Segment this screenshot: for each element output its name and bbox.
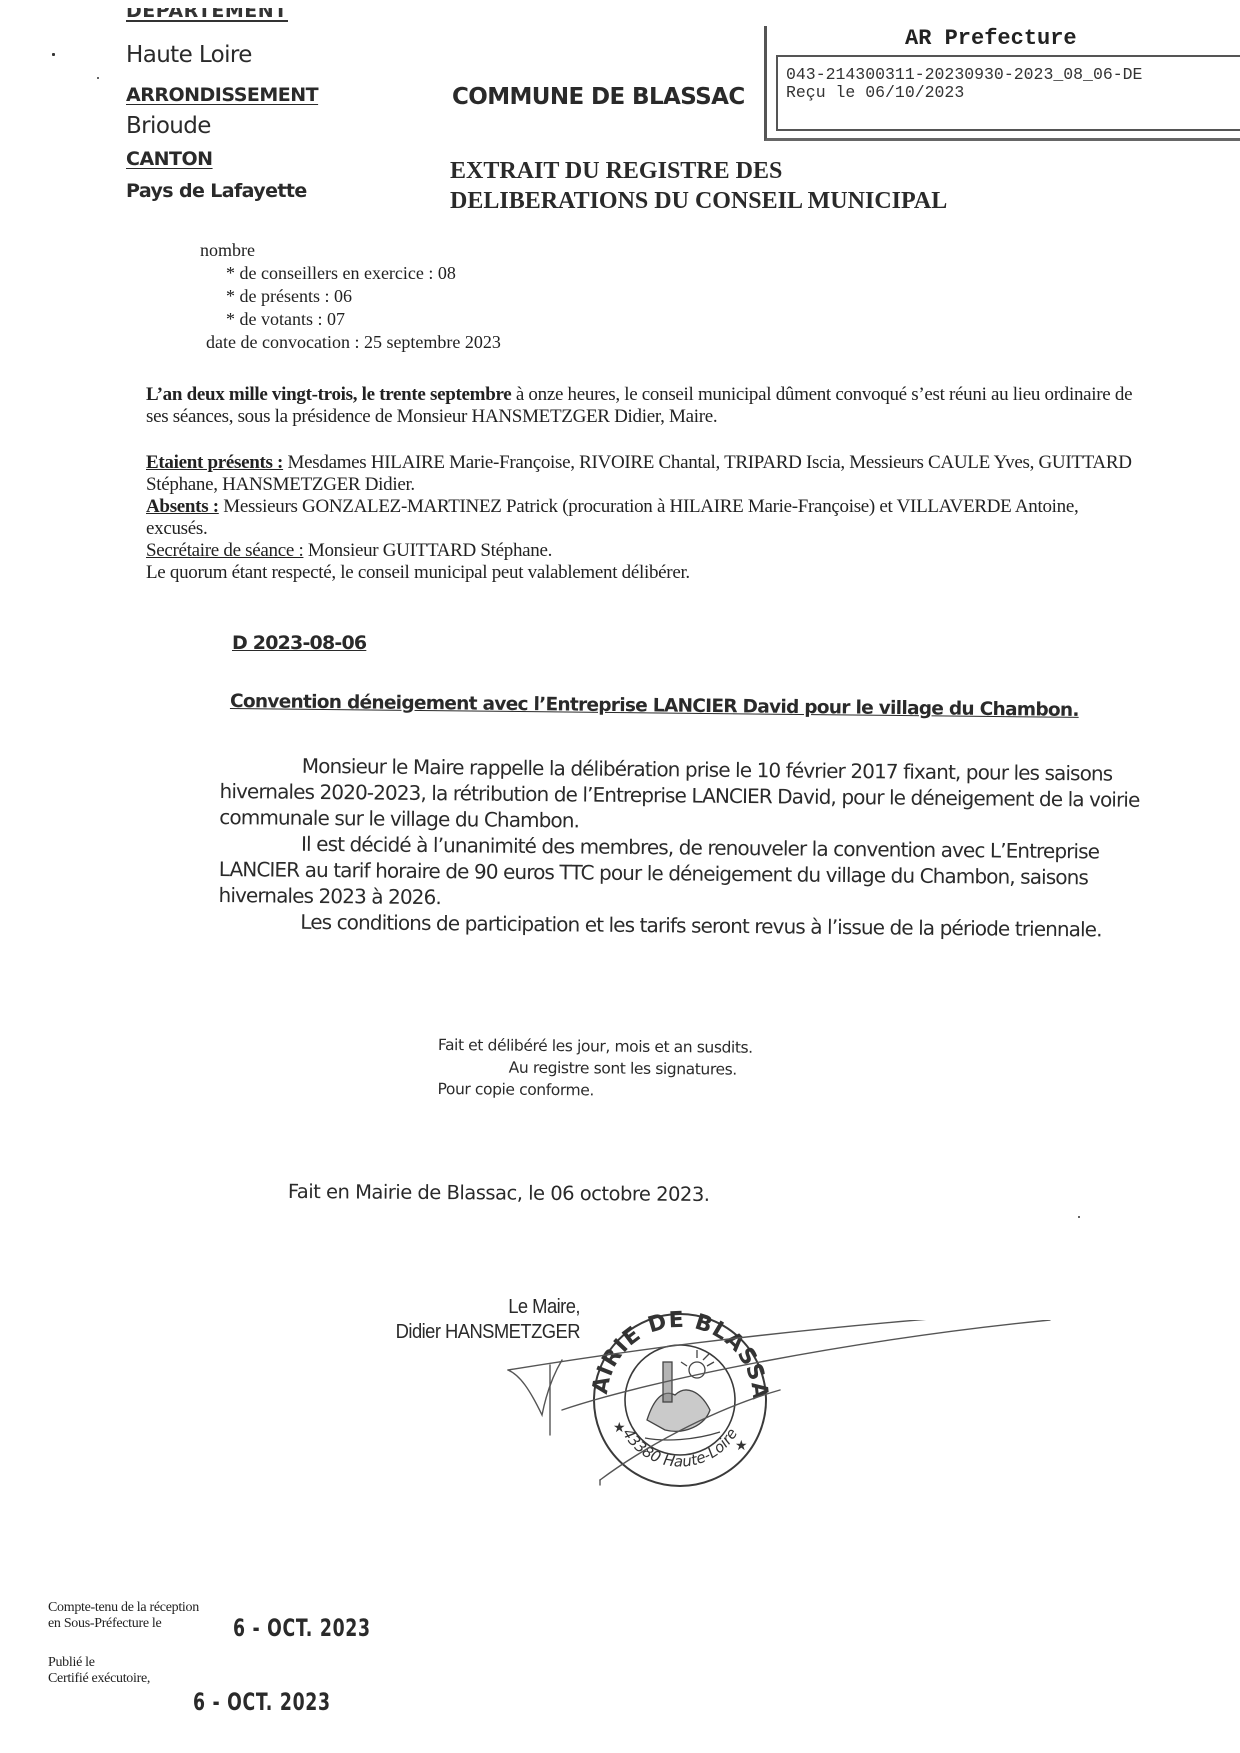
ar-prefecture-reference: 043-214300311-20230930-2023_08_06-DE Reç…	[786, 66, 1142, 102]
quorum-line: Le quorum étant respecté, le conseil mun…	[146, 562, 1136, 584]
publication-label: Publié le Certifié exécutoire,	[48, 1655, 150, 1687]
absents-list: Messieurs GONZALEZ-MARTINEZ Patrick (pro…	[146, 496, 1078, 539]
absents-label: Absents :	[146, 496, 219, 517]
closing-line3: Pour copie conforme.	[437, 1078, 752, 1103]
arrondissement-label: ARRONDISSEMENT	[126, 84, 318, 106]
presents-label: Etaient présents :	[146, 452, 283, 473]
reception-date-stamp: 6 - OCT. 2023	[233, 1614, 371, 1642]
reception-label: Compte-tenu de la réception en Sous-Préf…	[48, 1600, 199, 1632]
absents-line: Absents : Messieurs GONZALEZ-MARTINEZ Pa…	[146, 496, 1136, 540]
document-title-line2: DELIBERATIONS DU CONSEIL MUNICIPAL	[450, 186, 947, 216]
arrondissement-value: Brioude	[126, 113, 211, 139]
signatory-role: Le Maire,	[378, 1295, 580, 1320]
document-title-line1: EXTRAIT DU REGISTRE DES	[450, 156, 947, 186]
scan-speck	[97, 77, 99, 79]
presents-list: Mesdames HILAIRE Marie-Françoise, RIVOIR…	[146, 452, 1132, 495]
certifie-date-stamp: 6 - OCT. 2023	[193, 1688, 331, 1716]
count-votants: * de votants : 07	[200, 308, 501, 331]
commune-title: COMMUNE DE BLASSAC	[452, 84, 745, 110]
council-counts: nombre * de conseillers en exercice : 08…	[200, 239, 501, 354]
departement-value: Haute Loire	[126, 42, 252, 68]
secretaire-line: Secrétaire de séance : Monsieur GUITTARD…	[146, 540, 1136, 562]
canton-label: CANTON	[126, 148, 213, 170]
deliberation-number: D 2023-08-06	[232, 632, 366, 654]
presents-line: Etaient présents : Mesdames HILAIRE Mari…	[146, 452, 1136, 496]
reception-line2: en Sous-Préfecture le	[48, 1616, 199, 1632]
scan-speck	[52, 53, 55, 56]
closing-line1: Fait et délibéré les jour, mois et an su…	[438, 1034, 753, 1059]
ar-prefecture-title: AR Prefecture	[905, 26, 1077, 51]
departement-label: DEPARTEMENT	[126, 8, 288, 22]
preamble: L’an deux mille vingt-trois, le trente s…	[146, 384, 1136, 428]
attendance-block: Etaient présents : Mesdames HILAIRE Mari…	[146, 452, 1136, 584]
ar-reference-number: 043-214300311-20230930-2023_08_06-DE	[786, 66, 1142, 84]
document-title: EXTRAIT DU REGISTRE DES DELIBERATIONS DU…	[450, 156, 947, 216]
preamble-intro: L’an deux mille vingt-trois, le trente s…	[146, 384, 511, 405]
counts-heading: nombre	[200, 239, 501, 262]
publie-label: Publié le	[48, 1655, 150, 1671]
closing-line2: Au registre sont les signatures.	[438, 1056, 753, 1081]
place-date: Fait en Mairie de Blassac, le 06 octobre…	[288, 1180, 710, 1206]
scan-speck	[1078, 1216, 1080, 1218]
body-paragraph: Il est décidé à l’unanimité des membres,…	[219, 830, 1140, 917]
certifie-label: Certifié exécutoire,	[48, 1671, 150, 1687]
reception-line1: Compte-tenu de la réception	[48, 1600, 199, 1616]
secretaire-label: Secrétaire de séance :	[146, 540, 303, 561]
count-presents: * de présents : 06	[200, 285, 501, 308]
secretaire-name: Monsieur GUITTARD Stéphane.	[303, 540, 552, 561]
ar-received-date: Reçu le 06/10/2023	[786, 84, 1142, 102]
body-paragraph: Monsieur le Maire rappelle la délibérati…	[219, 752, 1140, 839]
closing-block: Fait et délibéré les jour, mois et an su…	[437, 1034, 752, 1103]
deliberation-title: Convention déneigement avec l’Entreprise…	[230, 691, 1130, 721]
deliberation-body: Monsieur le Maire rappelle la délibérati…	[218, 752, 1140, 943]
count-conseillers: * de conseillers en exercice : 08	[200, 262, 501, 285]
convocation-date: date de convocation : 25 septembre 2023	[200, 331, 501, 354]
canton-value: Pays de Lafayette	[126, 180, 307, 202]
signature-scribble-icon	[450, 1320, 1210, 1560]
